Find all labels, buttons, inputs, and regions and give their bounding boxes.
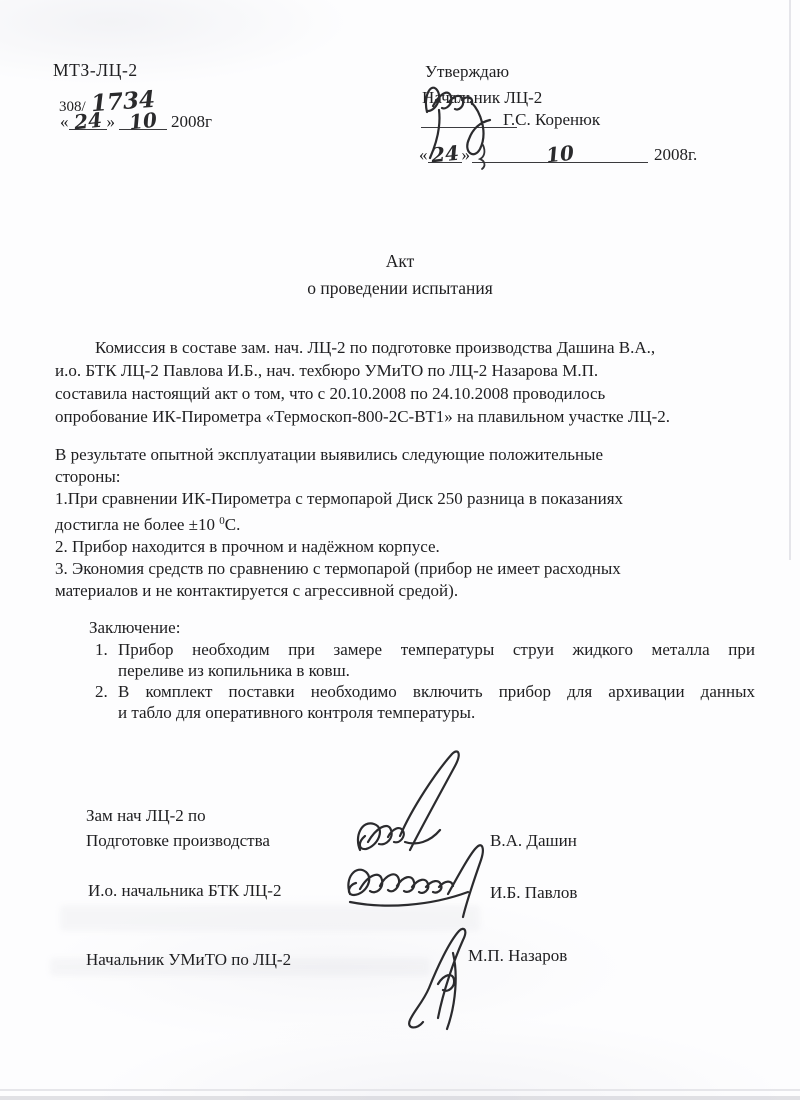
signature-pavlov (340, 842, 505, 922)
stamp-day-blank: 24 (69, 112, 107, 130)
intro-line: составила настоящий акт о том, что с 20.… (55, 382, 769, 405)
results-lead-line: стороны: (55, 466, 769, 488)
stamp-year: 2008г (171, 112, 212, 131)
result-item-1-line2: достигла не более ±10 0С. (55, 510, 769, 536)
scan-edge-right (789, 0, 791, 560)
signer-name: И.Б. Павлов (490, 883, 577, 903)
approval-day-blank: 24 (428, 145, 462, 163)
conclusion-item-line: и табло для оперативного контроля темпер… (118, 702, 755, 723)
stamp-month-blank: 10 (119, 112, 167, 130)
result-item-1-unit: С. (225, 515, 241, 534)
stamp-day-handwritten: 24 (73, 110, 103, 133)
result-item-3-line1: 3. Экономия средств по сравнению с термо… (55, 558, 769, 580)
quote-open: « (60, 112, 69, 131)
scanned-document-page: МТЗ-ЛЦ-2 308/1734 «24»102008г Утверждаю … (0, 0, 800, 1100)
conclusion-item-number: 2. (95, 681, 108, 702)
intro-line: опробование ИК-Пирометра «Термоскоп-800-… (55, 405, 769, 428)
intro-line: и.о. БТК ЛЦ-2 Павлова И.Б., нач. техбюро… (55, 359, 769, 382)
conclusion-item-number: 1. (95, 639, 108, 660)
ink-mark (476, 143, 488, 171)
approval-month-blank: 10 (472, 145, 648, 163)
quote-close: » (107, 112, 116, 131)
conclusion-item-line: переливе из копильника в ковш. (118, 660, 755, 681)
signature-nazarov (393, 926, 513, 1032)
stamp-org: МТЗ-ЛЦ-2 (53, 60, 138, 81)
intro-paragraph: Комиссия в составе зам. нач. ЛЦ-2 по под… (55, 336, 769, 428)
approval-year: 2008г. (654, 145, 697, 164)
document-title: Акт о проведении испытания (0, 248, 800, 302)
signer-position: Зам нач ЛЦ-2 по (86, 806, 206, 826)
quote-open: « (419, 145, 428, 164)
conclusion-item-line: В комплект поставки необходимо включить … (118, 681, 755, 702)
conclusion-item-line: Прибор необходим при замере температуры … (118, 639, 755, 660)
stamp-month-handwritten: 10 (128, 110, 158, 133)
approval-month-handwritten: 10 (545, 143, 575, 166)
title-line1: Акт (0, 248, 800, 275)
stamp-date-line: «24»102008г (60, 112, 212, 132)
result-item-1-line1: 1.При сравнении ИК-Пирометра с термопаро… (55, 488, 769, 510)
conclusion-heading: Заключение: (89, 618, 180, 638)
results-section: В результате опытной эксплуатации выявил… (55, 444, 769, 602)
quote-close: » (462, 145, 471, 164)
title-line2: о проведении испытания (0, 275, 800, 302)
conclusion-item: 1. Прибор необходим при замере температу… (95, 639, 757, 681)
approval-day-handwritten: 24 (430, 143, 460, 166)
signer-position: И.о. начальника БТК ЛЦ-2 (88, 881, 281, 901)
results-lead-line: В результате опытной эксплуатации выявил… (55, 444, 769, 466)
scan-edge-bottom (0, 1096, 800, 1100)
result-item-3-line2: материалов и не контактируется с агресси… (55, 580, 769, 602)
intro-line: Комиссия в составе зам. нач. ЛЦ-2 по под… (55, 336, 769, 359)
signer-name: М.П. Назаров (468, 946, 567, 966)
result-item-1-text: достигла не более ±10 (55, 515, 219, 534)
conclusion-item: 2. В комплект поставки необходимо включи… (95, 681, 757, 723)
result-item-2: 2. Прибор находится в прочном и надёжном… (55, 536, 769, 558)
signer-position: Подготовке производства (86, 831, 270, 851)
signer-position: Начальник УМиТО по ЛЦ-2 (86, 950, 291, 970)
approval-date-line: «24»102008г. (419, 145, 697, 165)
scan-edge-bottom-line (0, 1089, 800, 1091)
conclusion-list: 1. Прибор необходим при замере температу… (95, 639, 757, 723)
